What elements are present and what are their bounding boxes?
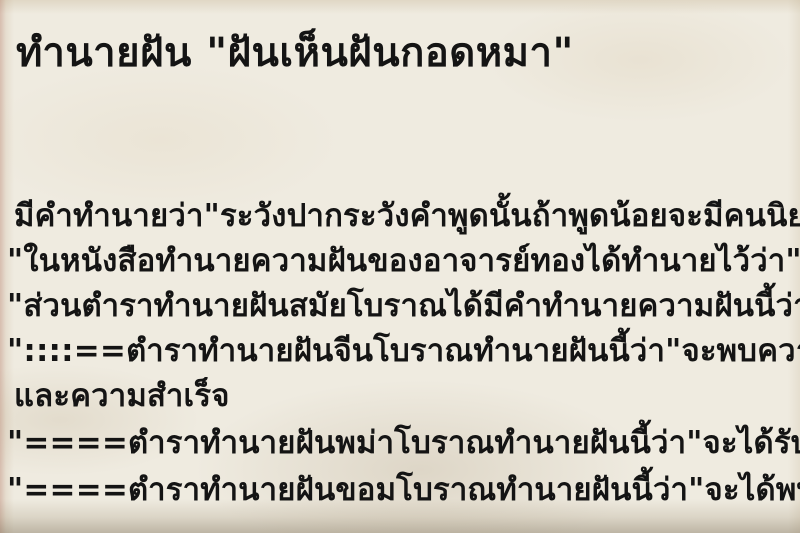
interpretation-text-block: มีคำทำนายว่า"ระวังปากระวังคำพูดนั้นถ้าพู…: [0, 186, 800, 533]
body-line: และความสำเร็จ: [14, 370, 800, 420]
page-title: ทำนายฝัน "ฝันเห็นฝันกอดหมา": [16, 20, 800, 84]
body-line: "ส่วนตำราทำนายฝันสมัยโบราณได้มีคำทำนายคว…: [7, 280, 800, 330]
body-line: "====ตำราทำนายฝันขอมโบราณทำนายฝันนี้ว่า"…: [7, 464, 800, 514]
body-line: "::::==ตำราทำนายฝันจีนโบราณทำนายฝันนี้ว่…: [7, 325, 800, 375]
body-line: มีคำทำนายว่า"ระวังปากระวังคำพูดนั้นถ้าพู…: [14, 190, 800, 240]
dream-interpretation-page: ทำนายฝัน "ฝันเห็นฝันกอดหมา" มีคำทำนายว่า…: [0, 0, 800, 533]
body-line: "====ตำราทำนายฝันพม่าโบราณทำนายฝันนี้ว่า…: [7, 417, 800, 467]
body-line: "ในหนังสือทำนายความฝันของอาจารย์ทองได้ทำ…: [7, 235, 800, 285]
